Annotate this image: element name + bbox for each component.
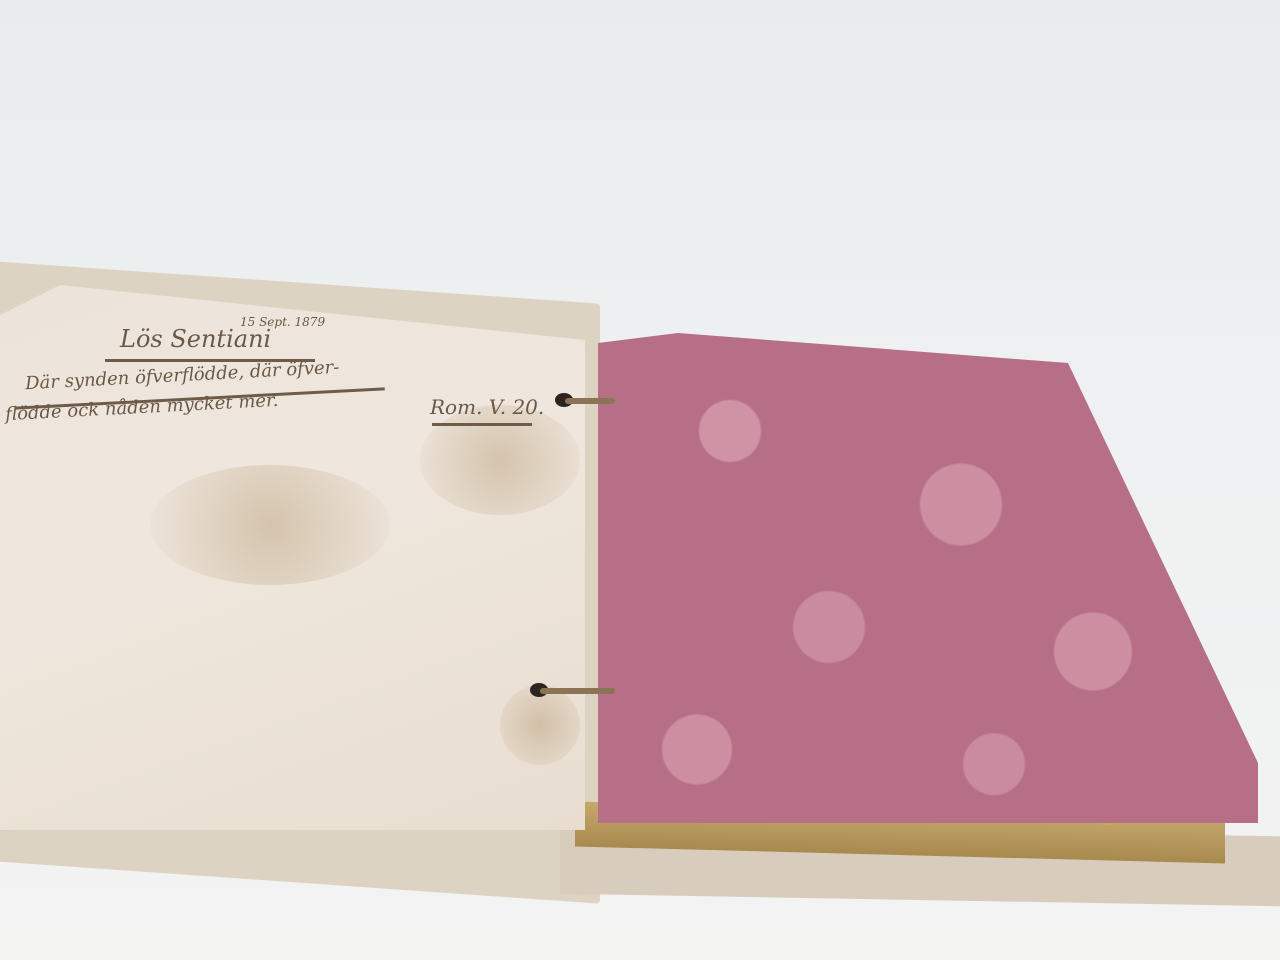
page-heading: Lös Sentiani: [120, 325, 271, 353]
twine-bottom: [540, 688, 615, 694]
rule: [432, 423, 532, 426]
handwritten-page: Lös Sentiani 15 Sept. 1879 Där synden öf…: [0, 285, 585, 830]
verse-line-1: Där synden öfverflödde, där öfver-: [25, 357, 340, 394]
damask-page: [598, 333, 1258, 823]
stain: [150, 465, 390, 585]
floral-pattern: [598, 333, 1258, 823]
stain: [420, 405, 580, 515]
verse-reference: Rom. V. 20.: [430, 395, 544, 419]
verse-line-2: flödde ock nåden mycket mer.: [5, 390, 279, 425]
top-note: 15 Sept. 1879: [240, 315, 325, 329]
stain: [500, 685, 580, 765]
twine-top: [565, 398, 615, 404]
